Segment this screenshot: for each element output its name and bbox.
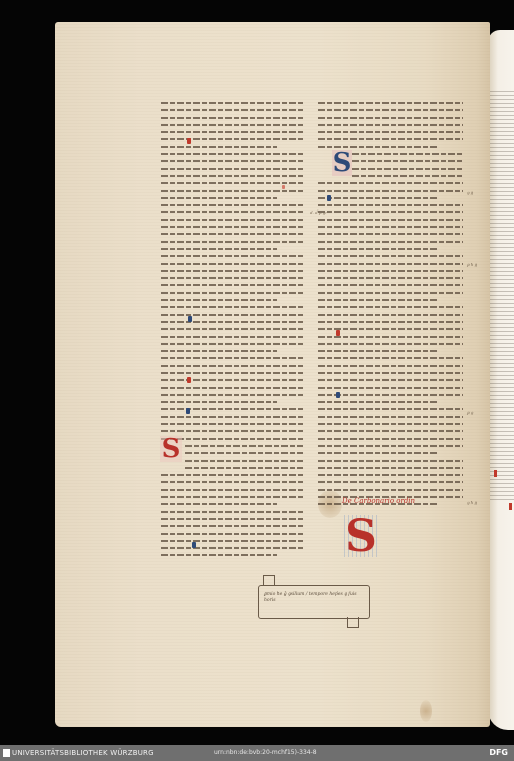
- script-line: [318, 102, 463, 104]
- script-line: [318, 292, 463, 294]
- script-line: [161, 255, 303, 257]
- script-line: [161, 211, 303, 213]
- decorated-initial-s: S: [344, 515, 378, 557]
- script-line: [161, 474, 303, 476]
- paragraph-mark-red: [282, 185, 285, 189]
- paragraph-mark-red: [187, 138, 191, 144]
- script-line: [161, 328, 303, 330]
- script-line: [318, 489, 463, 491]
- script-line: [352, 175, 463, 177]
- diagram-caption: ꝑmio ħe ĝ ꝯsilium / tempore heṕes ꝯ ſuis…: [264, 592, 369, 605]
- script-line: [161, 248, 277, 250]
- script-line: [318, 109, 463, 111]
- script-line: [318, 321, 463, 323]
- script-line: [161, 182, 303, 184]
- script-line: [161, 343, 303, 345]
- margin-note: ꝑ ħ ḡ: [467, 262, 477, 267]
- script-line: [318, 306, 463, 308]
- viewer-footer: UNIVERSITÄTSBIBLIOTHEK WÜRZBURG urn:nbn:…: [0, 745, 514, 761]
- left-initial-s: S: [160, 436, 182, 462]
- script-line: [318, 131, 463, 133]
- script-line: [352, 153, 463, 155]
- facing-page-rubric-mark: [494, 470, 497, 477]
- script-line: [318, 438, 463, 440]
- left-text-column: [161, 102, 303, 562]
- right-initial-s: S: [332, 150, 352, 176]
- institution-logo[interactable]: UNIVERSITÄTSBIBLIOTHEK WÜRZBURG: [3, 749, 154, 757]
- script-line: [161, 408, 303, 410]
- script-line: [161, 138, 303, 140]
- script-line: [318, 124, 463, 126]
- script-line: [161, 284, 303, 286]
- script-line: [352, 168, 463, 170]
- script-line: [161, 430, 303, 432]
- script-line: [161, 481, 303, 483]
- script-line: [185, 445, 303, 447]
- script-line: [161, 372, 303, 374]
- script-line: [161, 547, 303, 549]
- script-line: [161, 525, 303, 527]
- script-line: [318, 336, 463, 338]
- paragraph-mark-red: [187, 377, 191, 383]
- script-line: [161, 292, 303, 294]
- script-line: [352, 160, 463, 162]
- script-line: [318, 233, 463, 235]
- script-line: [318, 408, 463, 410]
- paragraph-mark-blue: [327, 195, 331, 201]
- script-line: [161, 306, 303, 308]
- script-line: [318, 284, 463, 286]
- script-line: [161, 379, 303, 381]
- script-line: [161, 540, 303, 542]
- script-line: [161, 496, 303, 498]
- facing-page-text: [490, 90, 514, 500]
- script-line: [318, 460, 463, 462]
- script-line: [161, 241, 303, 243]
- library-logo-icon: [3, 749, 10, 757]
- margin-note: ꝑ ꝯ: [467, 410, 473, 416]
- script-line: [161, 204, 303, 206]
- script-line: [161, 336, 303, 338]
- script-line: [161, 416, 303, 418]
- institution-name: UNIVERSITÄTSBIBLIOTHEK WÜRZBURG: [12, 749, 154, 757]
- marginal-diagram: ꝑmio ħe ĝ ꝯsilium / tempore heṕes ꝯ ſuis…: [258, 585, 370, 619]
- script-line: [318, 263, 463, 265]
- facing-page-rubric-mark: [509, 503, 512, 510]
- script-line: [161, 160, 303, 162]
- diagram-post-left: [263, 575, 275, 586]
- script-line: [161, 131, 303, 133]
- script-line: [318, 481, 463, 483]
- diagram-post-right: [347, 617, 359, 628]
- script-line: [161, 314, 303, 316]
- script-line: [318, 211, 463, 213]
- script-line: [185, 467, 303, 469]
- script-line: [318, 387, 463, 389]
- dfg-logo[interactable]: DFG: [489, 748, 508, 757]
- script-line: [161, 190, 303, 192]
- paragraph-mark-blue: [336, 392, 340, 398]
- script-line: [318, 467, 463, 469]
- script-line: [185, 452, 303, 454]
- paragraph-mark-blue: [192, 542, 196, 548]
- script-line: [318, 343, 463, 345]
- margin-note: d. d̃ ꝑ ḡr: [310, 210, 327, 215]
- script-line: [318, 445, 463, 447]
- script-line: [318, 365, 463, 367]
- script-line: [161, 124, 303, 126]
- script-line: [161, 438, 303, 440]
- paragraph-mark-red: [336, 330, 340, 336]
- paragraph-mark-blue: [186, 408, 190, 414]
- page-stain: [420, 700, 432, 722]
- script-line: [161, 394, 303, 396]
- script-line: [318, 204, 463, 206]
- script-line: [161, 219, 303, 221]
- script-line: [318, 197, 437, 199]
- script-line: [161, 146, 277, 148]
- script-line: [318, 379, 463, 381]
- script-line: [318, 117, 463, 119]
- script-line: [161, 299, 277, 301]
- script-line: [161, 503, 277, 505]
- script-line: [318, 474, 463, 476]
- script-line: [161, 387, 303, 389]
- script-line: [318, 372, 463, 374]
- rubric-heading: De Carbonario ordin: [342, 497, 415, 505]
- script-line: [318, 314, 463, 316]
- script-line: [318, 299, 437, 301]
- script-line: [318, 350, 437, 352]
- script-line: [161, 277, 303, 279]
- script-line: [318, 270, 463, 272]
- script-line: [318, 255, 463, 257]
- manuscript-viewer: S S De Carbonario ordin S d. d̃ ꝑ ḡr ꝯ ḡ…: [0, 0, 514, 745]
- script-line: [161, 321, 303, 323]
- script-line: [161, 233, 303, 235]
- script-line: [161, 357, 303, 359]
- paragraph-mark-blue: [188, 316, 192, 322]
- script-line: [161, 423, 303, 425]
- script-line: [161, 153, 303, 155]
- script-line: [161, 175, 303, 177]
- script-line: [318, 241, 463, 243]
- script-line: [318, 248, 437, 250]
- script-line: [318, 277, 463, 279]
- script-line: [161, 518, 303, 520]
- script-line: [161, 168, 303, 170]
- script-line: [161, 270, 303, 272]
- script-line: [161, 109, 303, 111]
- script-line: [318, 452, 437, 454]
- script-line: [161, 226, 303, 228]
- script-line: [161, 511, 303, 513]
- script-line: [161, 197, 277, 199]
- script-line: [161, 365, 303, 367]
- script-line: [185, 460, 303, 462]
- script-line: [318, 423, 463, 425]
- script-line: [318, 416, 463, 418]
- margin-note: ꝯ ħ ḡ: [467, 500, 477, 506]
- script-line: [161, 263, 303, 265]
- script-line: [318, 190, 463, 192]
- script-line: [161, 554, 277, 556]
- script-line: [318, 182, 463, 184]
- margin-note: ꝯ ḡ: [467, 190, 473, 196]
- script-line: [318, 357, 463, 359]
- script-line: [161, 401, 277, 403]
- script-line: [318, 138, 463, 140]
- script-line: [318, 219, 463, 221]
- script-line: [161, 489, 303, 491]
- script-line: [161, 117, 303, 119]
- script-line: [161, 102, 303, 104]
- script-line: [161, 533, 303, 535]
- script-line: [318, 401, 437, 403]
- script-line: [318, 430, 463, 432]
- script-line: [161, 350, 277, 352]
- urn-identifier[interactable]: urn:nbn:de:bvb:20-mchf15)-334-8: [214, 749, 317, 756]
- script-line: [318, 226, 463, 228]
